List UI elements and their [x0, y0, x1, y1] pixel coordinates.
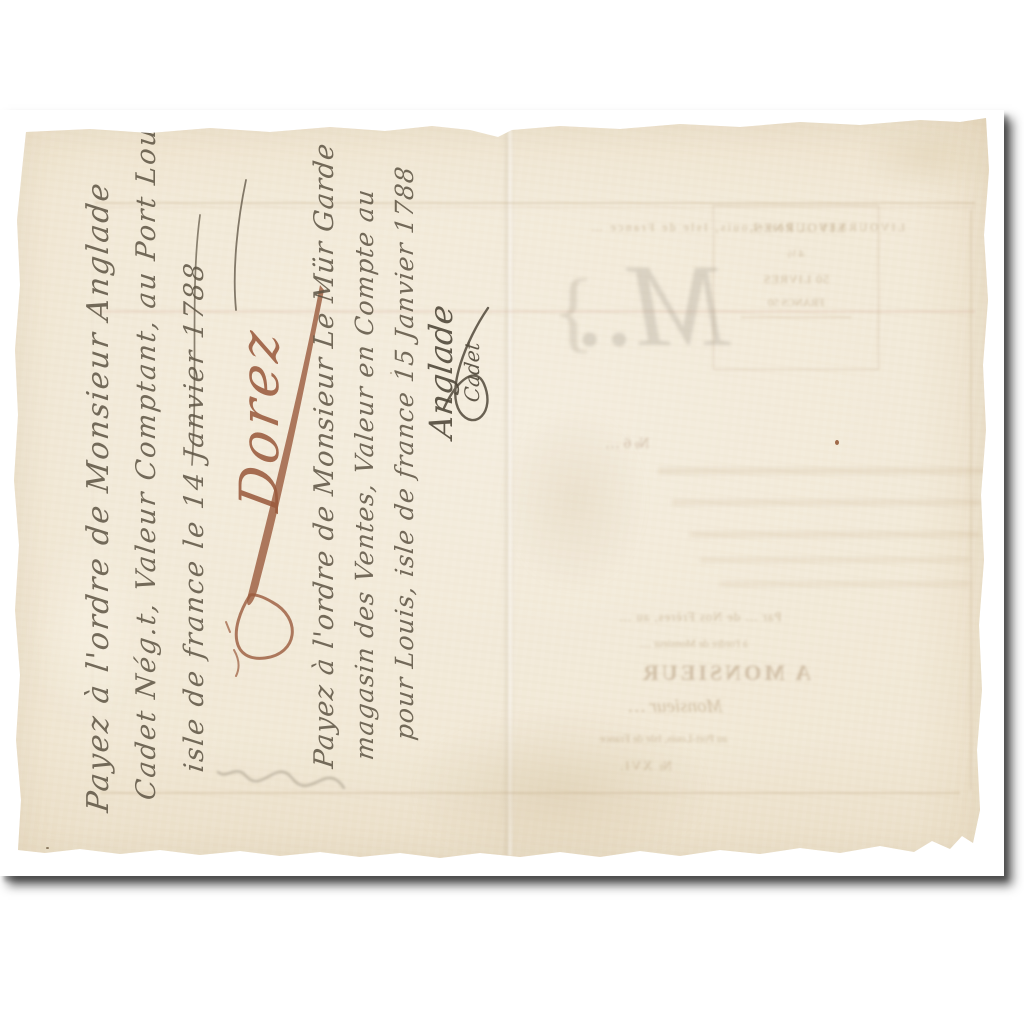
bleed-box-line: 50 LIVRES	[714, 272, 878, 287]
handwriting-line: Cadet Nég.t, Valeur Comptant, au Port Lo…	[123, 149, 171, 803]
bleed-monogram: M..	[572, 238, 729, 374]
stain-top-right	[860, 122, 990, 192]
bleed-box-line: FRANCS 50	[714, 297, 878, 309]
handwriting-line: Payez à l'ordre de Monsieur Le Mür Garde	[305, 231, 345, 771]
speck	[580, 858, 582, 860]
bleed-box-line: 4 ½	[714, 248, 878, 260]
photo-card: LIVOURNES … Port-Louis, Isle de France ……	[0, 110, 1004, 876]
bleed-text-smudge	[658, 468, 993, 474]
bleed-par-line-2: à l'ordre de Monsieur …	[640, 638, 748, 650]
bleed-no-xvii: № XVI.	[618, 758, 672, 774]
bleed-monsieur-script: Monsieur …	[628, 696, 722, 718]
bleed-par-line: Par … de Nos Frères, au …	[618, 610, 782, 625]
bleed-box: LIVOURNES. 4 ½ 50 LIVRES FRANCS 50	[713, 205, 879, 370]
signature-paraph	[430, 300, 510, 440]
bleed-box-line: LIVOURNES.	[714, 220, 878, 236]
speck	[390, 372, 392, 374]
endorsement-block-2: Payez à l'ordre de Monsieur Le Mür Garde…	[305, 233, 423, 768]
bleed-no-line: № 6 …	[605, 436, 649, 453]
handwriting-line: pour Louis, isle de france 15 Janvier 17…	[385, 231, 425, 743]
handwriting-line: magasin des Ventes, Valeur en Compte au	[345, 231, 385, 763]
bleed-a-monsieur: A MONSIEUR	[640, 660, 811, 686]
bleed-box-rule	[741, 317, 851, 318]
paper-sheet: LIVOURNES … Port-Louis, Isle de France ……	[0, 110, 1004, 876]
photo-of-document: LIVOURNES … Port-Louis, Isle de France ……	[0, 0, 1024, 1024]
handwriting-line: Payez à l'ordre de Monsieur Anglade	[75, 149, 123, 815]
rust-spot	[835, 440, 839, 445]
speck	[46, 847, 49, 849]
bleed-text-smudge	[720, 582, 970, 586]
bleed-text-smudge	[690, 532, 980, 537]
bleed-text-smudge	[700, 558, 970, 562]
bleed-text-smudge	[672, 500, 982, 505]
bleed-address-line: au Port-Louis, Isle de France	[600, 733, 727, 745]
